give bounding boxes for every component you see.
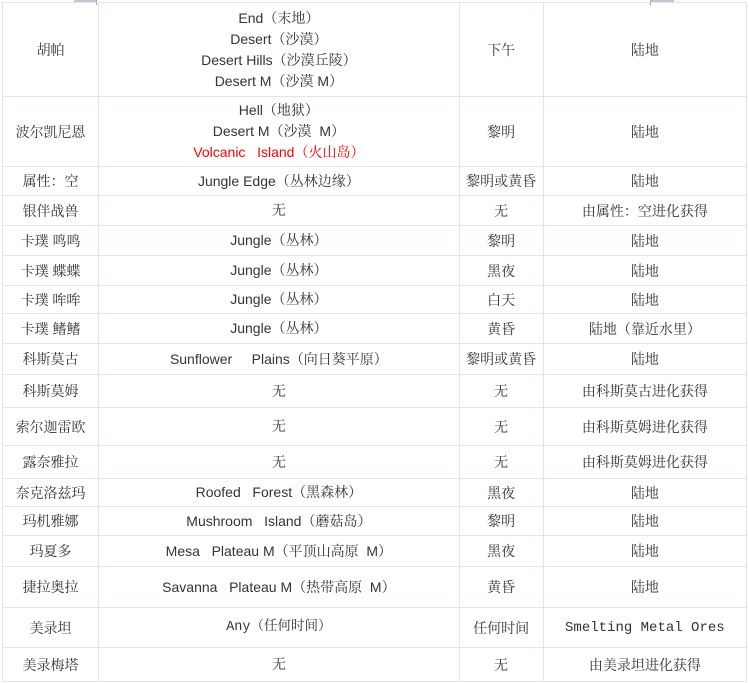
cell-spawn-time: 任何时间: [459, 608, 543, 648]
cell-location: 陆地: [543, 256, 746, 286]
cell-biome: Hell（地狱）Desert M（沙漠 M）Volcanic Island（火山…: [99, 97, 459, 167]
cell-location: 由科斯莫古进化获得: [543, 375, 746, 408]
cell-location: 陆地: [543, 507, 746, 536]
cell-spawn-time: 无: [459, 408, 543, 446]
cell-pokemon-name: 卡璞 鳍鳍: [3, 314, 99, 344]
cell-pokemon-name: 胡帕: [3, 3, 99, 97]
cell-biome: 无: [99, 648, 459, 682]
cell-biome: Jungle（丛林）: [99, 286, 459, 314]
cell-biome: 无: [99, 375, 459, 408]
table-row: 科斯莫古Sunflower Plains（向日葵平原）黎明或黄昏陆地: [3, 344, 747, 375]
cell-location: 由美录坦进化获得: [543, 648, 746, 682]
biome-line: Roofed Forest（黑森林）: [101, 482, 456, 503]
cell-biome: Roofed Forest（黑森林）: [99, 479, 459, 507]
biome-line: Mesa Plateau M（平顶山高原 M）: [101, 541, 456, 562]
cell-biome: Mesa Plateau M（平顶山高原 M）: [99, 536, 459, 567]
cell-pokemon-name: 科斯莫古: [3, 344, 99, 375]
cell-pokemon-name: 卡璞 哞哞: [3, 286, 99, 314]
table-row: 属性：空Jungle Edge（丛林边缘）黎明或黄昏陆地: [3, 167, 747, 196]
cell-location: 由科斯莫姆进化获得: [543, 408, 746, 446]
cell-location: 陆地: [543, 167, 746, 196]
table-row: 玛夏多Mesa Plateau M（平顶山高原 M）黑夜陆地: [3, 536, 747, 567]
table-row: 卡璞 蝶蝶Jungle（丛林）黑夜陆地: [3, 256, 747, 286]
cell-spawn-time: 黄昏: [459, 567, 543, 608]
biome-line: Savanna Plateau M（热带高原 M）: [101, 577, 456, 598]
biome-line: 无: [101, 200, 456, 221]
cell-location: 陆地: [543, 536, 746, 567]
spreadsheet-table-view: 胡帕End（末地）Desert（沙漠）Desert Hills（沙漠丘陵）Des…: [0, 0, 749, 683]
cell-location: 由属性：空进化获得: [543, 196, 746, 226]
cell-biome: Jungle（丛林）: [99, 226, 459, 256]
cell-pokemon-name: 科斯莫姆: [3, 375, 99, 408]
cell-pokemon-name: 玛机雅娜: [3, 507, 99, 536]
biome-line: 无: [101, 416, 456, 437]
table-row: 捷拉奥拉Savanna Plateau M（热带高原 M）黄昏陆地: [3, 567, 747, 608]
cell-spawn-time: 无: [459, 446, 543, 479]
pokemon-spawn-table: 胡帕End（末地）Desert（沙漠）Desert Hills（沙漠丘陵）Des…: [2, 2, 747, 682]
biome-line: Jungle（丛林）: [101, 318, 456, 339]
biome-line: Volcanic Island（火山岛）: [101, 142, 456, 163]
table-row: 玛机雅娜Mushroom Island（蘑菇岛）黎明陆地: [3, 507, 747, 536]
cell-location: 由科斯莫姆进化获得: [543, 446, 746, 479]
table-row: 银伴战兽无无由属性：空进化获得: [3, 196, 747, 226]
biome-line: Sunflower Plains（向日葵平原）: [101, 349, 456, 370]
cell-spawn-time: 黎明: [459, 97, 543, 167]
biome-line: End（末地）: [101, 8, 456, 29]
cell-biome: Sunflower Plains（向日葵平原）: [99, 344, 459, 375]
cell-location: 陆地: [543, 344, 746, 375]
cell-spawn-time: 白天: [459, 286, 543, 314]
table-row: 美录坦Any（任何时间）任何时间Smelting Metal Ores: [3, 608, 747, 648]
cell-pokemon-name: 卡璞 蝶蝶: [3, 256, 99, 286]
biome-line: 无: [101, 654, 456, 675]
cell-biome: Any（任何时间）: [99, 608, 459, 648]
table-row: 卡璞 鸣鸣Jungle（丛林）黎明陆地: [3, 226, 747, 256]
cell-biome: Savanna Plateau M（热带高原 M）: [99, 567, 459, 608]
cell-location: Smelting Metal Ores: [543, 608, 746, 648]
cell-biome: End（末地）Desert（沙漠）Desert Hills（沙漠丘陵）Deser…: [99, 3, 459, 97]
biome-line: 无: [101, 452, 456, 473]
cell-pokemon-name: 捷拉奥拉: [3, 567, 99, 608]
cell-location: 陆地: [543, 567, 746, 608]
cell-pokemon-name: 美录坦: [3, 608, 99, 648]
table-row: 波尔凯尼恩Hell（地狱）Desert M（沙漠 M）Volcanic Isla…: [3, 97, 747, 167]
biome-line: Desert Hills（沙漠丘陵）: [101, 50, 456, 71]
cell-location: 陆地: [543, 3, 746, 97]
table-row: 索尔迦雷欧无无由科斯莫姆进化获得: [3, 408, 747, 446]
biome-line: Desert M（沙漠 M）: [101, 71, 456, 92]
cell-pokemon-name: 波尔凯尼恩: [3, 97, 99, 167]
cell-pokemon-name: 属性：空: [3, 167, 99, 196]
table-row: 美录梅塔无无由美录坦进化获得: [3, 648, 747, 682]
biome-line: Desert M（沙漠 M）: [101, 121, 456, 142]
table-body: 胡帕End（末地）Desert（沙漠）Desert Hills（沙漠丘陵）Des…: [3, 3, 747, 682]
cell-biome: 无: [99, 196, 459, 226]
cell-spawn-time: 黑夜: [459, 536, 543, 567]
cell-location: 陆地: [543, 286, 746, 314]
table-row: 卡璞 鳍鳍Jungle（丛林）黄昏陆地（靠近水里）: [3, 314, 747, 344]
biome-line: Desert（沙漠）: [101, 29, 456, 50]
cell-pokemon-name: 玛夏多: [3, 536, 99, 567]
cell-pokemon-name: 露奈雅拉: [3, 446, 99, 479]
table-row: 卡璞 哞哞Jungle（丛林）白天陆地: [3, 286, 747, 314]
cell-biome: Jungle（丛林）: [99, 256, 459, 286]
biome-line: Jungle（丛林）: [101, 260, 456, 281]
cell-spawn-time: 无: [459, 196, 543, 226]
cell-pokemon-name: 卡璞 鸣鸣: [3, 226, 99, 256]
cell-biome: 无: [99, 408, 459, 446]
cell-biome: Jungle Edge（丛林边缘）: [99, 167, 459, 196]
cell-pokemon-name: 美录梅塔: [3, 648, 99, 682]
cell-location: 陆地: [543, 479, 746, 507]
cell-spawn-time: 黎明: [459, 226, 543, 256]
biome-line: Any（任何时间）: [101, 617, 456, 638]
cell-biome: 无: [99, 446, 459, 479]
cell-location: 陆地: [543, 226, 746, 256]
cell-location: 陆地（靠近水里）: [543, 314, 746, 344]
cell-pokemon-name: 银伴战兽: [3, 196, 99, 226]
cell-spawn-time: 黑夜: [459, 256, 543, 286]
cell-spawn-time: 黎明或黄昏: [459, 167, 543, 196]
biome-line: Jungle（丛林）: [101, 230, 456, 251]
table-row: 胡帕End（末地）Desert（沙漠）Desert Hills（沙漠丘陵）Des…: [3, 3, 747, 97]
cell-spawn-time: 黄昏: [459, 314, 543, 344]
cell-spawn-time: 下午: [459, 3, 543, 97]
cell-pokemon-name: 奈克洛兹玛: [3, 479, 99, 507]
cell-location: 陆地: [543, 97, 746, 167]
cell-spawn-time: 无: [459, 648, 543, 682]
table-row: 奈克洛兹玛Roofed Forest（黑森林）黑夜陆地: [3, 479, 747, 507]
cell-spawn-time: 黑夜: [459, 479, 543, 507]
cell-spawn-time: 黎明: [459, 507, 543, 536]
biome-line: Mushroom Island（蘑菇岛）: [101, 511, 456, 532]
table-row: 露奈雅拉无无由科斯莫姆进化获得: [3, 446, 747, 479]
cell-pokemon-name: 索尔迦雷欧: [3, 408, 99, 446]
table-row: 科斯莫姆无无由科斯莫古进化获得: [3, 375, 747, 408]
cell-spawn-time: 黎明或黄昏: [459, 344, 543, 375]
biome-line: Jungle Edge（丛林边缘）: [101, 171, 456, 192]
biome-line: Hell（地狱）: [101, 100, 456, 121]
cell-biome: Jungle（丛林）: [99, 314, 459, 344]
biome-line: Jungle（丛林）: [101, 289, 456, 310]
cell-spawn-time: 无: [459, 375, 543, 408]
cell-biome: Mushroom Island（蘑菇岛）: [99, 507, 459, 536]
biome-line: 无: [101, 381, 456, 402]
